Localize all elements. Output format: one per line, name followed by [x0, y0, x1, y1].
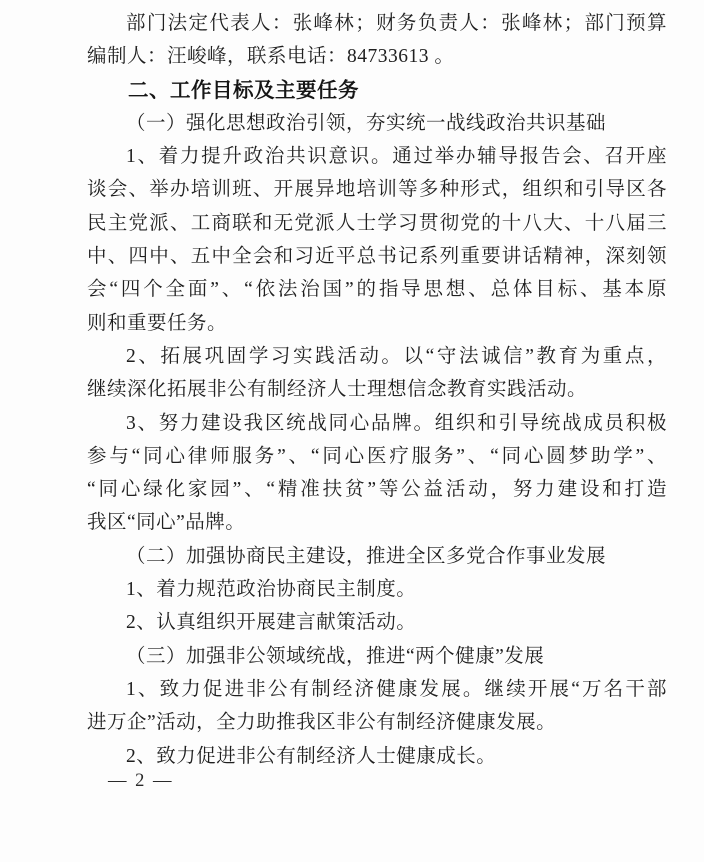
- text-line: 部门法定代表人：张峰林；财务负责人：张峰林；部门预算: [87, 7, 667, 40]
- text-line: 3、努力建设我区统战同心品牌。组织和引导统战成员积极: [87, 407, 667, 440]
- text-line: 编制人：汪峻峰，联系电话：84733613 。: [87, 40, 667, 73]
- text-line: 中、四中、五中全会和习近平总书记系列重要讲话精神，深刻领: [87, 240, 667, 273]
- text-line: 2、认真组织开展建言献策活动。: [87, 606, 667, 639]
- text-line: “同心绿化家园”、“精准扶贫”等公益活动，努力建设和打造: [87, 473, 667, 506]
- text-line: （一）强化思想政治引领，夯实统一战线政治共识基础: [87, 107, 667, 140]
- page-number: — 2 —: [108, 771, 174, 792]
- document-page: 部门法定代表人：张峰林；财务负责人：张峰林；部门预算编制人：汪峻峰，联系电话：8…: [0, 0, 704, 862]
- text-line: （二）加强协商民主建设，推进全区多党合作事业发展: [87, 540, 667, 573]
- text-line: 2、致力促进非公有制经济人士健康成长。: [87, 740, 667, 773]
- text-line: 1、着力规范政治协商民主制度。: [87, 573, 667, 606]
- text-line: 我区“同心”品牌。: [87, 506, 667, 539]
- text-line: 会“四个全面”、“依法治国”的指导思想、总体目标、基本原: [87, 273, 667, 306]
- text-line: 进万企”活动，全力助推我区非公有制经济健康发展。: [87, 706, 667, 739]
- text-line: 1、致力促进非公有制经济健康发展。继续开展“万名干部: [87, 673, 667, 706]
- section-heading: 二、工作目标及主要任务: [87, 74, 667, 107]
- text-line: 民主党派、工商联和无党派人士学习贯彻党的十八大、十八届三: [87, 207, 667, 240]
- document-body: 部门法定代表人：张峰林；财务负责人：张峰林；部门预算编制人：汪峻峰，联系电话：8…: [87, 7, 667, 773]
- text-line: 则和重要任务。: [87, 307, 667, 340]
- text-line: （三）加强非公领域统战，推进“两个健康”发展: [87, 640, 667, 673]
- text-line: 参与“同心律师服务”、“同心医疗服务”、“同心圆梦助学”、: [87, 440, 667, 473]
- text-line: 2、拓展巩固学习实践活动。以“守法诚信”教育为重点，: [87, 340, 667, 373]
- text-line: 继续深化拓展非公有制经济人士理想信念教育实践活动。: [87, 373, 667, 406]
- text-line: 谈会、举办培训班、开展异地培训等多种形式，组织和引导区各: [87, 173, 667, 206]
- text-line: 1、着力提升政治共识意识。通过举办辅导报告会、召开座: [87, 140, 667, 173]
